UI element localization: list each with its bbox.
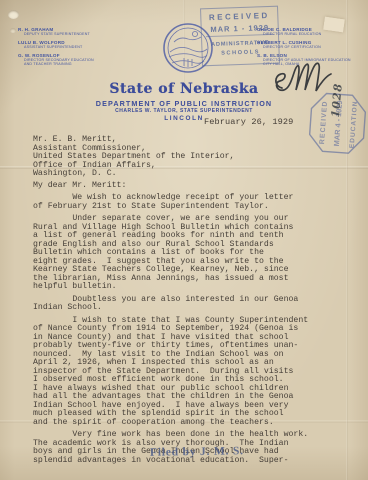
official-entry: R. H. GRAHAM DEPUTY STATE SUPERINTENDENT [18,27,94,37]
official-entry: G. W. ROSENLOF DIRECTOR SECONDARY EDUCAT… [18,53,94,67]
fold-crease-vertical [346,0,348,480]
handwritten-file-number: 1028 [329,103,343,118]
punch-hole [8,10,19,19]
official-title: ASSISTANT SUPERINTENDENT [24,45,94,49]
letter-date: February 26, 1929 [204,117,293,127]
paragraph: I wish to state that I was County Superi… [33,317,339,428]
filed-by-stamp: Filed by J. M. S. [150,445,244,459]
letterhead-officials-left: R. H. GRAHAM DEPUTY STATE SUPERINTENDENT… [18,27,94,70]
svg-text:EDUCATION: EDUCATION [349,100,359,148]
official-title: DEPUTY STATE SUPERINTENDENT [24,32,94,36]
paragraph: Under separate cover, we are sending you… [33,215,339,292]
stamp-date: MAR 1 - 1929 [206,21,274,37]
paragraph: Doubtless you are also interested in our… [33,296,339,313]
letter-body: Mr. E. B. Meritt, Assistant Commissioner… [33,136,339,465]
official-entry: LULU B. WOLFORD ASSISTANT SUPERINTENDENT [18,40,94,50]
salutation: My dear Mr. Meritt: [33,182,339,191]
punch-hole [10,28,16,33]
scanned-letter-document: R. H. GRAHAM DEPUTY STATE SUPERINTENDENT… [0,0,368,480]
recipient-address: Mr. E. B. Meritt, Assistant Commissioner… [33,136,339,179]
official-title: DIRECTOR SECONDARY EDUCATION AND TEACHER… [24,58,94,67]
paragraph: We wish to acknowledge receipt of your l… [33,194,339,211]
